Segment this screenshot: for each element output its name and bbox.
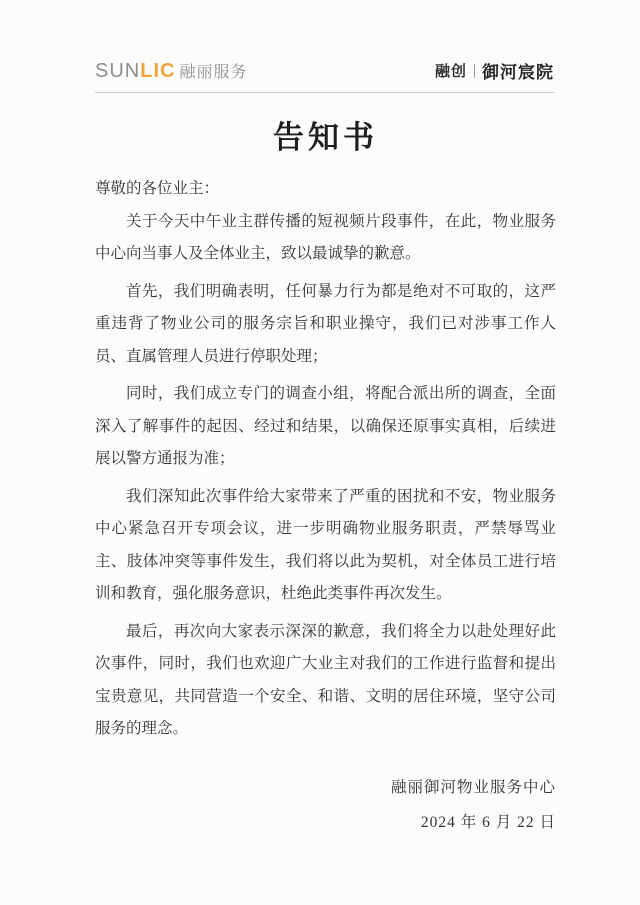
signature-block: 融丽御河物业服务中心 2024 年 6 月 22 日 <box>95 772 556 839</box>
logo-divider <box>474 64 475 78</box>
letterhead: SUNLIC 融丽服务 融创 御河宸院 <box>95 0 554 93</box>
company-name: 融丽服务 <box>179 59 247 82</box>
date: 2024 年 6 月 22 日 <box>95 807 556 839</box>
project-logo: 融创 御河宸院 <box>435 58 554 83</box>
logo-lic-text: LIC <box>140 60 175 82</box>
logo-sun-text: SUN <box>95 60 140 82</box>
sunlic-wordmark: SUNLIC <box>95 60 175 83</box>
project-name: 御河宸院 <box>482 58 554 83</box>
paragraph: 我们深知此次事件给大家带来了严重的困扰和不安，物业服务中心紧急召开专项会议，进一… <box>95 481 556 611</box>
paragraph: 首先，我们明确表明，任何暴力行为都是绝对不可取的，这严重违背了物业公司的服务宗旨… <box>95 276 556 374</box>
paragraph: 最后，再次向大家表示深深的歉意，我们将全力以赴处理好此次事件，同时，我们也欢迎广… <box>95 616 556 746</box>
body-paragraphs: 关于今天中午业主群传播的短视频片段事件，在此，物业服务中心向当事人及全体业主，致… <box>95 206 556 746</box>
brand-name: 融创 <box>435 60 467 81</box>
company-logo: SUNLIC 融丽服务 <box>95 59 247 83</box>
salutation: 尊敬的各位业主： <box>95 173 556 206</box>
notice-page: SUNLIC 融丽服务 融创 御河宸院 告知书 尊敬的各位业主： 关于今天中午业… <box>0 0 640 905</box>
paragraph: 同时，我们成立专门的调查小组，将配合派出所的调查，全面深入了解事件的起因、经过和… <box>95 378 556 476</box>
document-title: 告知书 <box>95 117 556 159</box>
notice-body: 告知书 尊敬的各位业主： 关于今天中午业主群传播的短视频片段事件，在此，物业服务… <box>95 117 556 839</box>
signature: 融丽御河物业服务中心 <box>95 772 556 804</box>
paragraph: 关于今天中午业主群传播的短视频片段事件，在此，物业服务中心向当事人及全体业主，致… <box>95 206 556 271</box>
